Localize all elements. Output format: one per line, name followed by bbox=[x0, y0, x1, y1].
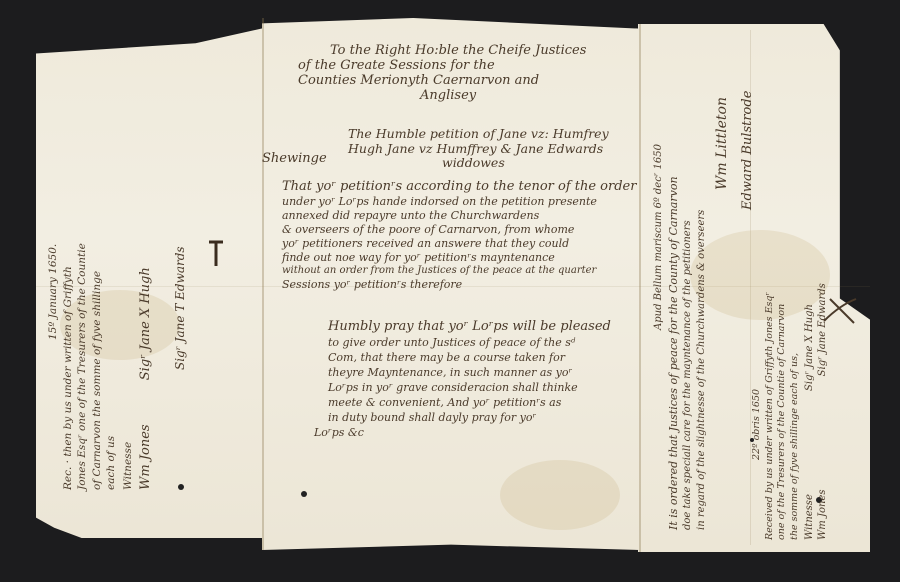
address-line: Anglisey bbox=[420, 89, 586, 102]
mark-signature: Sigʳ Jane T Edwards bbox=[174, 243, 186, 370]
petitioners-line: The Humble petition of Jane vz: Humfrey bbox=[348, 128, 609, 141]
cross-mark-icon bbox=[820, 295, 860, 325]
manuscript-scan: To the Right Ho:ble the Cheife Justices … bbox=[0, 0, 900, 582]
right-endorsement: Apud Bellum mariscum 6º decʳ 1650 It is … bbox=[654, 91, 754, 530]
body-line: That yoʳ petitionʳs according to the ten… bbox=[282, 180, 636, 193]
prayer-block: Humbly pray that yoʳ Loʳps will be pleas… bbox=[328, 320, 611, 438]
shewinge-label: Shewinge bbox=[262, 152, 327, 165]
endorsement-line: 15º January 1650. bbox=[48, 243, 59, 340]
endorsement-line: one of the Tresurers of the Countie of C… bbox=[777, 283, 787, 540]
witness-signature: Wm Jones bbox=[817, 490, 828, 540]
endorsement-signature-row: Wm Jones Sigʳ Jane X Hugh bbox=[139, 243, 152, 490]
left-endorsement: 15º January 1650. Rec. · then by us unde… bbox=[48, 243, 186, 490]
body-line: under yoʳ Loʳps hande indorsed on the pe… bbox=[282, 196, 636, 207]
witness-signature: Wm Jones bbox=[138, 424, 153, 490]
body-line: Sessions yoʳ petitionʳs therefore bbox=[282, 279, 636, 290]
body-line: annexed did repayre unto the Churchwarde… bbox=[282, 210, 636, 221]
endorsement-line: each of us bbox=[106, 243, 117, 490]
right-receipt: 22º obris 1650 Received by us under writ… bbox=[752, 283, 828, 540]
prayer-line: meete & convenient, And yoʳ petitionʳs a… bbox=[328, 397, 611, 408]
fold-line bbox=[639, 24, 641, 552]
endorsement-signature-row: Witnesse Sigʳ Jane X Hugh bbox=[805, 283, 815, 540]
endorsement-line: Witnesse bbox=[804, 494, 815, 540]
petitioners-line: widdowes bbox=[442, 157, 609, 170]
endorsement-line: Received by us under written of Griffyth… bbox=[765, 283, 775, 540]
prayer-line: in duty bound shall dayly pray for yoʳ bbox=[328, 412, 611, 423]
endorsement-line: the somme of fyve shillinge each of us, bbox=[790, 283, 800, 540]
petitioners-line: Hugh Jane vz Humffrey & Jane Edwards bbox=[348, 143, 609, 156]
prayer-line: Humbly pray that yoʳ Loʳps will be pleas… bbox=[328, 320, 611, 333]
endorsement-line: of Carnarvon the somme of fyve shillinge bbox=[92, 243, 103, 490]
prayer-line: Com, that there may be a course taken fo… bbox=[328, 352, 611, 363]
endorsement-line: It is ordered that Justices of peace for… bbox=[668, 91, 679, 530]
endorsement-line: Rec. · then by us under written of Griff… bbox=[63, 243, 74, 490]
prayer-line: Loʳps in yoʳ grave consideracion shall t… bbox=[328, 382, 611, 393]
prayer-line: theyre Mayntenance, in such manner as yo… bbox=[328, 367, 611, 378]
endorsement-line: Witnesse bbox=[122, 442, 134, 490]
judge-signature: Edward Bulstrode bbox=[741, 91, 754, 210]
endorsement-line: doe take speciall care for the mayntenan… bbox=[683, 91, 693, 530]
body-line: finde out noe way for yoʳ petitionʳs may… bbox=[282, 252, 636, 263]
prayer-line: Loʳps &c bbox=[314, 427, 611, 438]
petition-body: That yoʳ petitionʳs according to the ten… bbox=[282, 180, 636, 290]
endorsement-line: Apud Bellum mariscum 6º decʳ 1650 bbox=[654, 91, 664, 330]
mark-signature: Sigʳ Jane X Hugh bbox=[138, 267, 153, 380]
body-line: yoʳ petitioners received an answere that… bbox=[282, 238, 636, 249]
endorsement-line: 22º obris 1650 bbox=[752, 283, 762, 460]
petitioners-block: The Humble petition of Jane vz: Humfrey … bbox=[348, 128, 609, 170]
cross-mark-icon bbox=[205, 238, 227, 268]
prayer-line: to give order unto Justices of peace of … bbox=[328, 337, 611, 348]
paper-stain bbox=[500, 460, 620, 530]
judge-signature: Wm Littleton bbox=[715, 91, 729, 190]
address-line: Counties Merionyth Caernarvon and bbox=[298, 74, 586, 87]
mark-signature: Sigʳ Jane X Hugh bbox=[804, 304, 815, 391]
endorsement-line: in regard of the slightnesse of the Chur… bbox=[697, 91, 707, 530]
endorsement-line: Jones Esqʳ one of the Tresurers of the C… bbox=[77, 243, 88, 490]
body-line: & overseers of the poore of Carnarvon, f… bbox=[282, 224, 636, 235]
endorsement-signature-row: Witnesse bbox=[123, 243, 134, 490]
body-line: without an order from the Justices of th… bbox=[282, 266, 636, 276]
ink-blot bbox=[301, 491, 307, 497]
address-line: of the Greate Sessions for the bbox=[298, 59, 586, 72]
address-block: To the Right Ho:ble the Cheife Justices … bbox=[330, 44, 586, 102]
address-line: To the Right Ho:ble the Cheife Justices bbox=[330, 44, 586, 57]
fold-line bbox=[262, 18, 264, 550]
